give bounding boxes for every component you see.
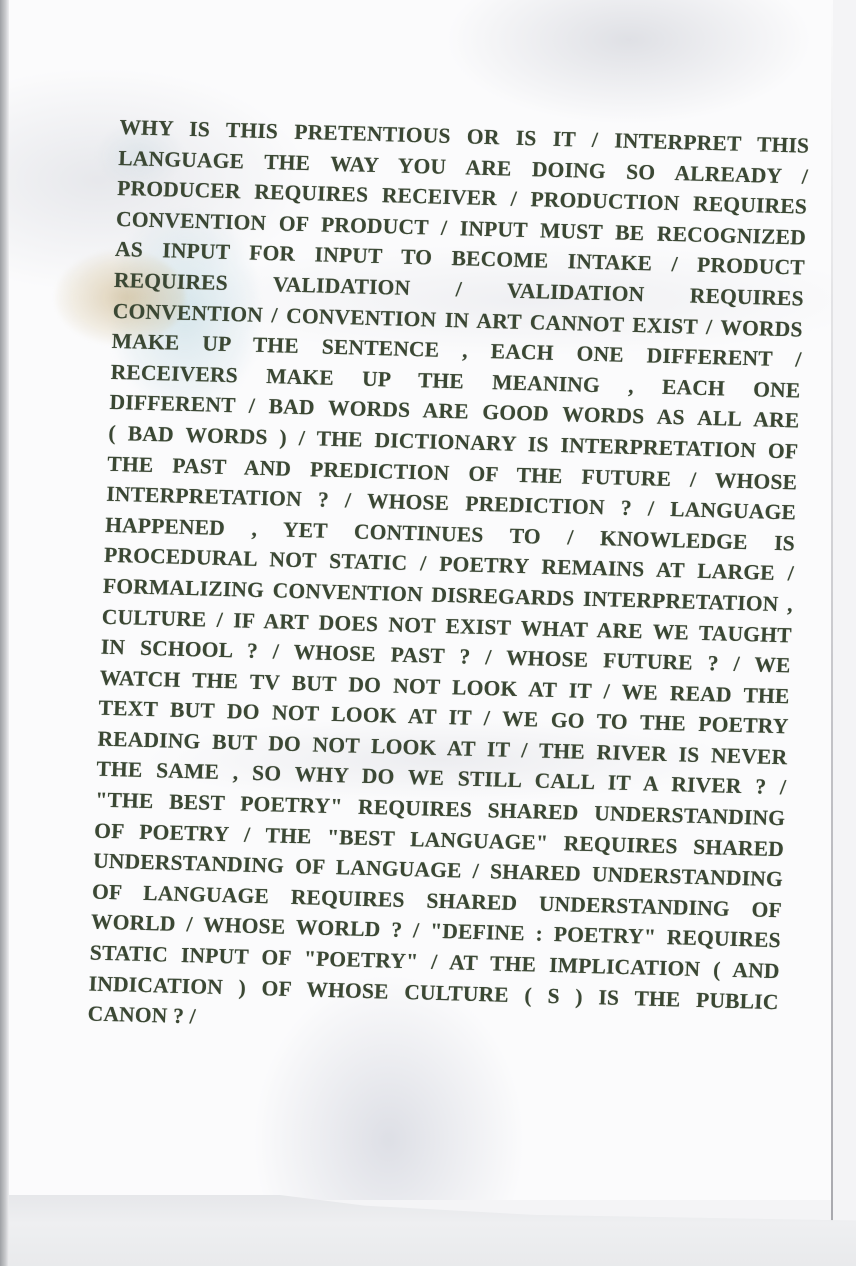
- typewritten-text: WHY IS THIS PRETENTIOUS OR IS IT / INTER…: [87, 112, 810, 1048]
- scan-edge: [0, 0, 9, 1266]
- scanner-bed-background: [9, 1195, 856, 1266]
- paper-right-edge: [831, 0, 833, 1230]
